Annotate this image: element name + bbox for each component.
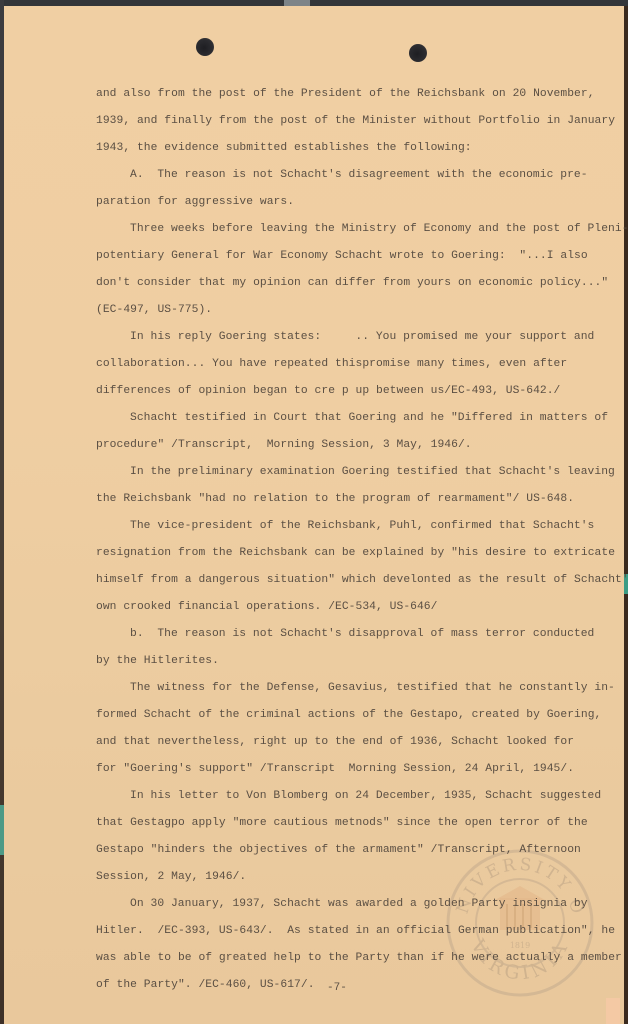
text-line: of the Party". /EC-460, US-617/. bbox=[96, 977, 315, 993]
text-line: paration for aggressive wars. bbox=[96, 194, 294, 210]
text-line: potentiary General for War Economy Schac… bbox=[96, 248, 588, 264]
text-line: The vice-president of the Reichsbank, Pu… bbox=[130, 518, 594, 534]
punch-hole-icon bbox=[409, 44, 427, 62]
text-line: Gestapo "hinders the objectives of the a… bbox=[96, 842, 581, 858]
text-line: Session, 2 May, 1946/. bbox=[96, 869, 246, 885]
text-line: b. The reason is not Schacht's disapprov… bbox=[130, 626, 594, 642]
text-line: In his letter to Von Blomberg on 24 Dece… bbox=[130, 788, 601, 804]
text-line: formed Schacht of the criminal actions o… bbox=[96, 707, 601, 723]
text-line: and also from the post of the President … bbox=[96, 86, 595, 102]
text-line: A. The reason is not Schacht's disagreem… bbox=[130, 167, 588, 183]
text-line: differences of opinion began to cre p up… bbox=[96, 383, 560, 399]
text-line: the Reichsbank "had no relation to the p… bbox=[96, 491, 574, 507]
text-line: and that nevertheless, right up to the e… bbox=[96, 734, 574, 750]
text-line: Schacht testified in Court that Goering … bbox=[130, 410, 608, 426]
text-line: On 30 January, 1937, Schacht was awarded… bbox=[130, 896, 588, 912]
text-line: 1939, and finally from the post of the M… bbox=[96, 113, 615, 129]
corner-tab bbox=[606, 998, 620, 1024]
text-line: In the preliminary examination Goering t… bbox=[130, 464, 615, 480]
text-line: Three weeks before leaving the Ministry … bbox=[130, 221, 628, 237]
text-line: The witness for the Defense, Gesavius, t… bbox=[130, 680, 615, 696]
text-line: for "Goering's support" /Transcript Morn… bbox=[96, 761, 574, 777]
text-line: was able to be of greated help to the Pa… bbox=[96, 950, 628, 966]
text-line: don't consider that my opinion can diffe… bbox=[96, 275, 608, 291]
text-line: by the Hitlerites. bbox=[96, 653, 219, 669]
text-line: own crooked financial operations. /EC-53… bbox=[96, 599, 437, 615]
text-line: collaboration... You have repeated thisp… bbox=[96, 356, 567, 372]
punch-hole-icon bbox=[196, 38, 214, 56]
text-line: In his reply Goering states: .. You prom… bbox=[130, 329, 594, 345]
text-line: resignation from the Reichsbank can be e… bbox=[96, 545, 615, 561]
text-line: 1943, the evidence submitted establishes… bbox=[96, 140, 472, 156]
text-line: procedure" /Transcript, Morning Session,… bbox=[96, 437, 472, 453]
text-line: Hitler. /EC-393, US-643/. As stated in a… bbox=[96, 923, 615, 939]
text-line: himself from a dangerous situation" whic… bbox=[96, 572, 628, 588]
page-number: -7- bbox=[327, 982, 347, 994]
scanned-document: UNIVERSITY OF VIRGINIA 1819 and also fro… bbox=[0, 0, 628, 1024]
text-line: (EC-497, US-775). bbox=[96, 302, 212, 318]
text-line: that Gestagpo apply "more cautious metno… bbox=[96, 815, 588, 831]
right-edge bbox=[624, 6, 628, 1024]
